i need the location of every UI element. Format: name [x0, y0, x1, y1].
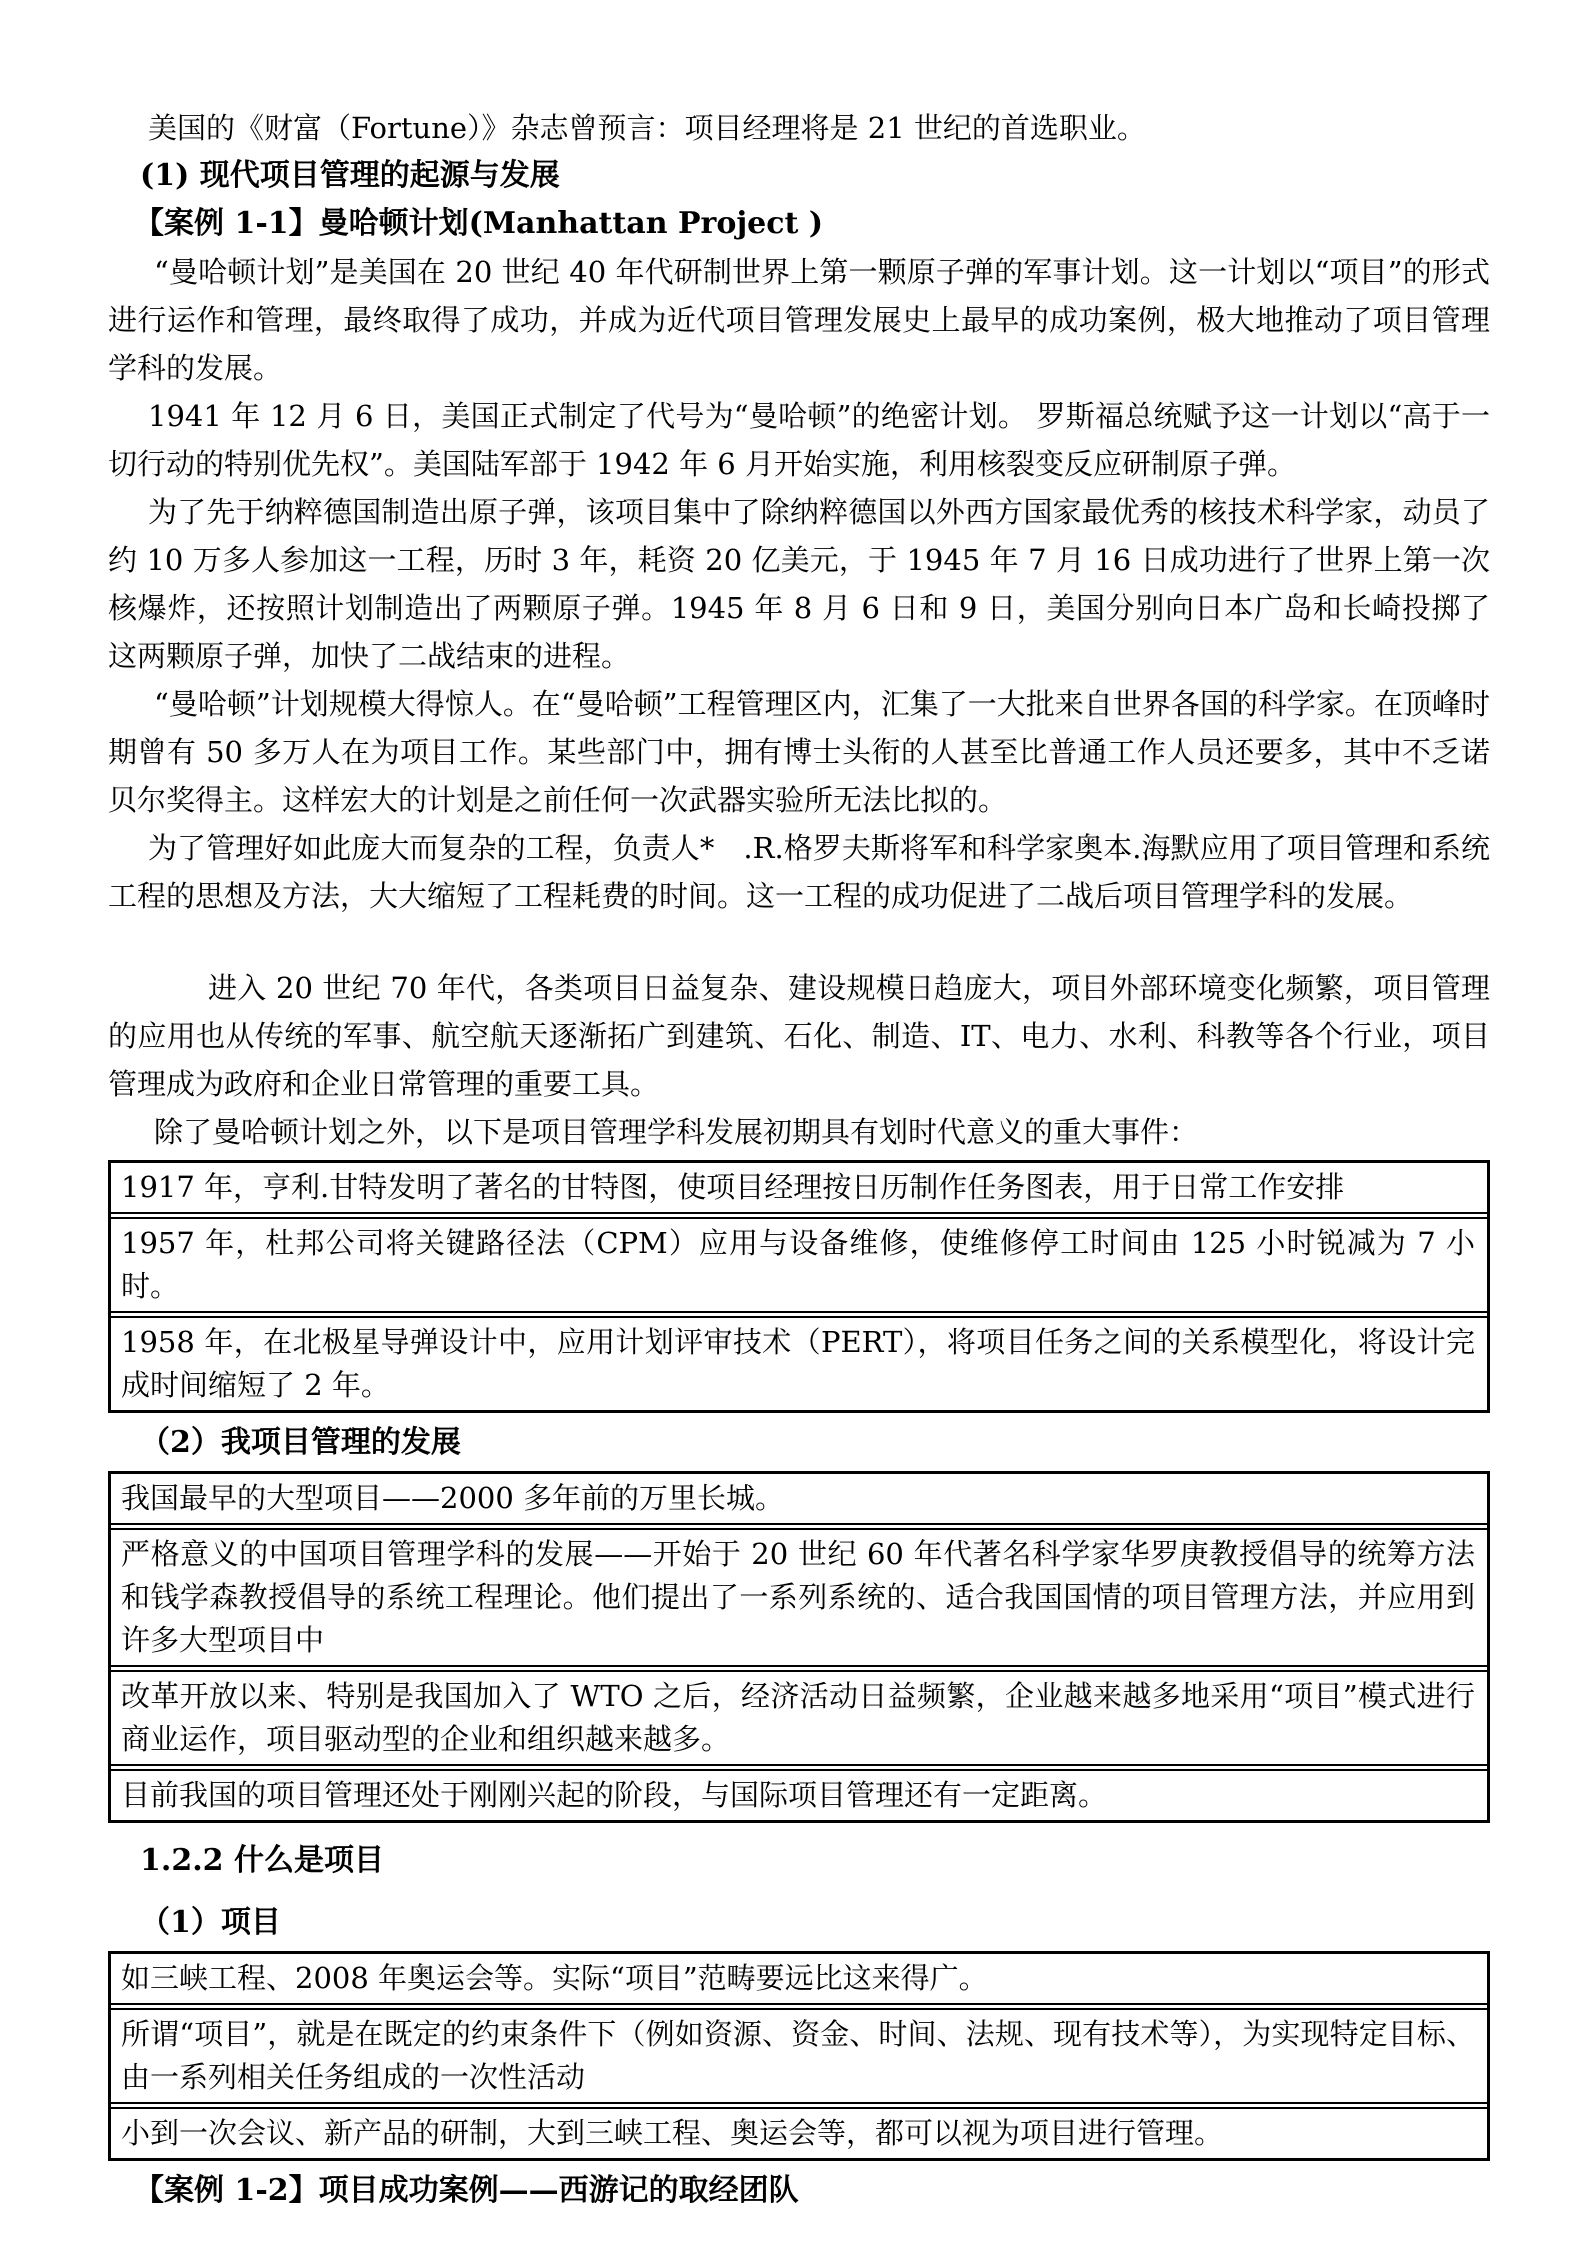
- table-china-development: 我国最早的大型项目——2000 多年前的万里长城。 严格意义的中国项目管理学科的…: [108, 1471, 1490, 1823]
- table-row: 严格意义的中国项目管理学科的发展——开始于 20 世纪 60 年代著名科学家华罗…: [111, 1523, 1487, 1665]
- blank-line: [108, 920, 1490, 964]
- heading-1-2-2-what-is-project: 1.2.2 什么是项目: [108, 1837, 1490, 1885]
- table-row: 我国最早的大型项目——2000 多年前的万里长城。: [111, 1474, 1487, 1523]
- paragraph-manhattan-intro: “曼哈顿计划”是美国在 20 世纪 40 年代研制世界上第一颗原子弹的军事计划。…: [108, 248, 1490, 392]
- table-milestones: 1917 年，亨利.甘特发明了著名的甘特图，使项目经理按日历制作任务图表，用于日…: [108, 1160, 1490, 1413]
- intro-line: 美国的《财富（Fortune）》杂志曾预言：项目经理将是 21 世纪的首选职业。: [108, 104, 1490, 152]
- heading-case-1-1: 【案例 1-1】曼哈顿计划(Manhattan Project ): [108, 200, 1490, 248]
- table-row: 1917 年，亨利.甘特发明了著名的甘特图，使项目经理按日历制作任务图表，用于日…: [111, 1163, 1487, 1212]
- paragraph-nazi-race: 为了先于纳粹德国制造出原子弹，该项目集中了除纳粹德国以外西方国家最优秀的核技术科…: [108, 488, 1490, 680]
- table-project-examples: 如三峡工程、2008 年奥运会等。实际“项目”范畴要远比这来得广。 所谓“项目”…: [108, 1951, 1490, 2161]
- table-row: 1957 年，杜邦公司将关键路径法（CPM）应用与设备维修，使维修停工时间由 1…: [111, 1212, 1487, 1311]
- paragraph-scale: “曼哈顿”计划规模大得惊人。在“曼哈顿”工程管理区内，汇集了一大批来自世界各国的…: [108, 680, 1490, 824]
- table-row: 所谓“项目”，就是在既定的约束条件下（例如资源、资金、时间、法规、现有技术等），…: [111, 2003, 1487, 2102]
- paragraph-groves-oppenheimer: 为了管理好如此庞大而复杂的工程，负责人* .R.格罗夫斯将军和科学家奥本.海默应…: [108, 824, 1490, 920]
- document-page: 美国的《财富（Fortune）》杂志曾预言：项目经理将是 21 世纪的首选职业。…: [0, 0, 1587, 2245]
- heading-project-item: （1）项目: [108, 1899, 1490, 1947]
- paragraph-1941-plan: 1941 年 12 月 6 日，美国正式制定了代号为“曼哈顿”的绝密计划。 罗斯…: [108, 392, 1490, 488]
- table-row: 小到一次会议、新产品的研制，大到三峡工程、奥运会等，都可以视为项目进行管理。: [111, 2102, 1487, 2158]
- table-row: 目前我国的项目管理还处于刚刚兴起的阶段，与国际项目管理还有一定距离。: [111, 1764, 1487, 1820]
- heading-case-1-2: 【案例 1-2】项目成功案例——西游记的取经团队: [108, 2167, 1490, 2215]
- table-row: 改革开放以来、特别是我国加入了 WTO 之后，经济活动日益频繁，企业越来越多地采…: [111, 1665, 1487, 1764]
- table-row: 如三峡工程、2008 年奥运会等。实际“项目”范畴要远比这来得广。: [111, 1954, 1487, 2003]
- paragraph-milestones-lead-in: 除了曼哈顿计划之外，以下是项目管理学科发展初期具有划时代意义的重大事件：: [108, 1108, 1490, 1156]
- heading-origin-development: (1) 现代项目管理的起源与发展: [108, 152, 1490, 200]
- heading-china-development: （2）我项目管理的发展: [108, 1419, 1490, 1467]
- paragraph-1970s-expansion: 进入 20 世纪 70 年代，各类项目日益复杂、建设规模日趋庞大，项目外部环境变…: [108, 964, 1490, 1108]
- table-row: 1958 年，在北极星导弹设计中，应用计划评审技术（PERT），将项目任务之间的…: [111, 1311, 1487, 1410]
- document-content: 美国的《财富（Fortune）》杂志曾预言：项目经理将是 21 世纪的首选职业。…: [108, 104, 1490, 2215]
